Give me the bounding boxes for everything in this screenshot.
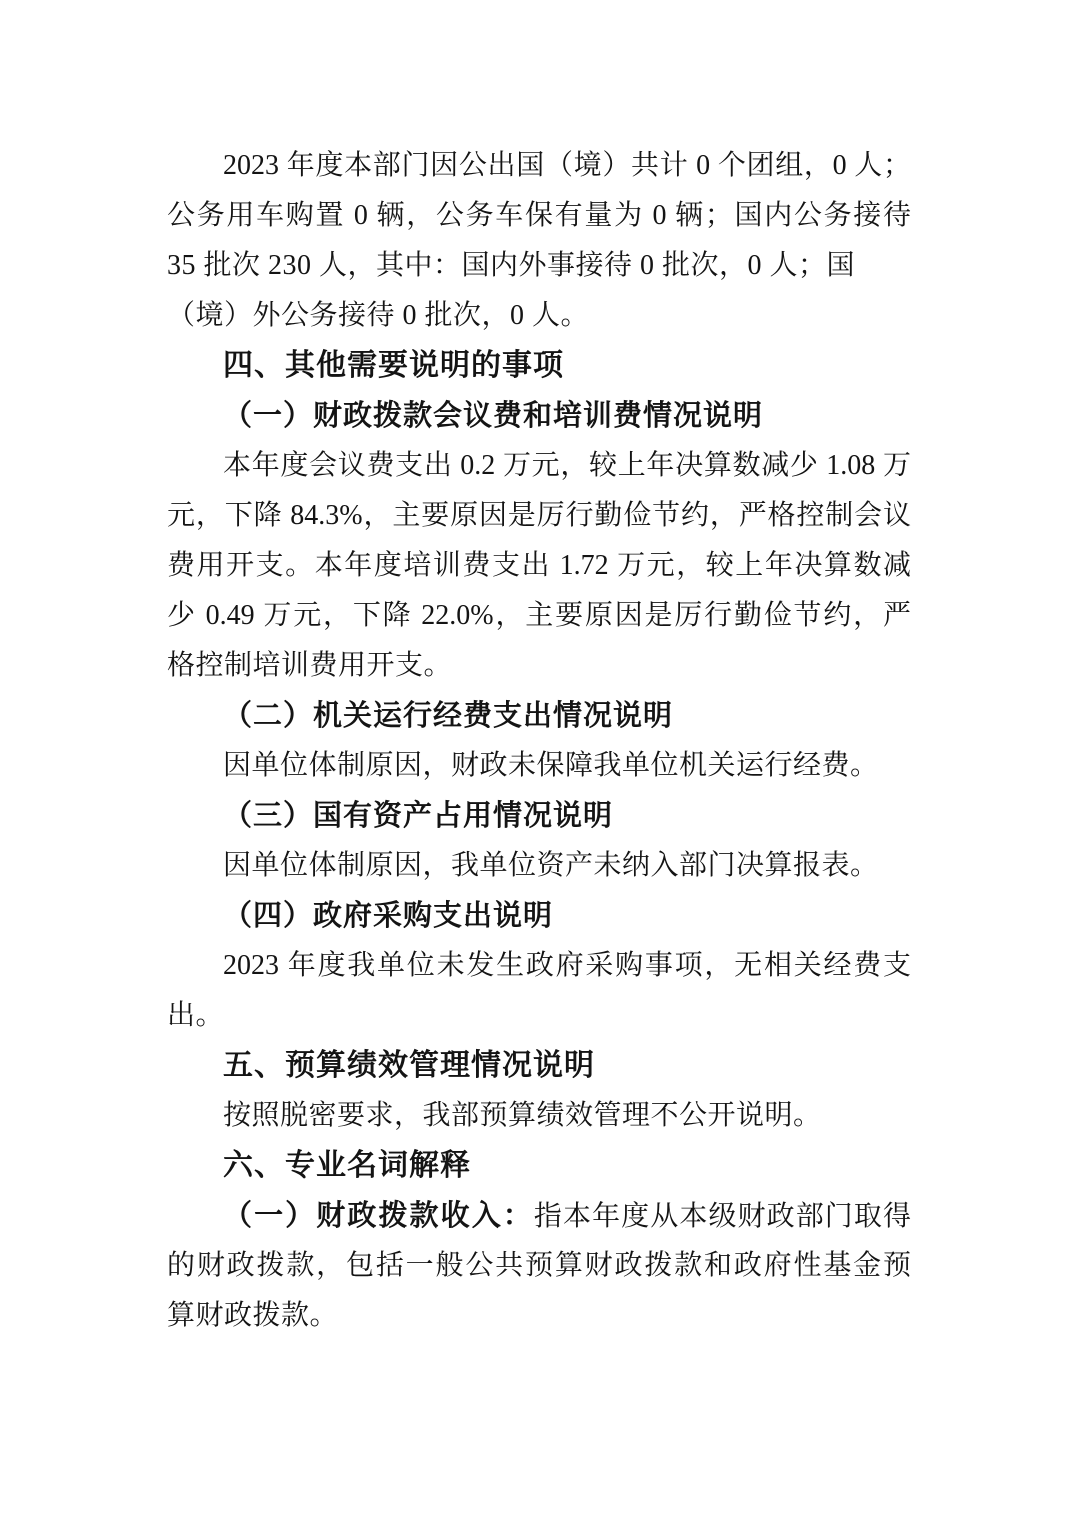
paragraph-line: 元，下降 84.3%，主要原因是厉行勤俭节约，严格控制会议 bbox=[167, 491, 911, 541]
section-heading-other-items: 四、其他需要说明的事项 bbox=[167, 341, 911, 391]
paragraph-line: （境）外公务接待 0 批次，0 人。 bbox=[167, 291, 911, 341]
paragraph-line: 按照脱密要求，我部预算绩效管理不公开说明。 bbox=[167, 1091, 911, 1141]
subsection-heading-operating-expenses: （二）机关运行经费支出情况说明 bbox=[167, 691, 911, 741]
term-definition: 指本年度从本级财政部门取得 bbox=[534, 1201, 911, 1232]
paragraph-line: 35 批次 230 人，其中：国内外事接待 0 批次，0 人；国 bbox=[167, 241, 911, 291]
subsection-heading-state-assets: （三）国有资产占用情况说明 bbox=[167, 791, 911, 841]
section-heading-terminology: 六、专业名词解释 bbox=[167, 1141, 911, 1191]
paragraph-line: 少 0.49 万元，下降 22.0%，主要原因是厉行勤俭节约，严 bbox=[167, 591, 911, 641]
paragraph-line: 出。 bbox=[167, 991, 911, 1041]
term-label: （一）财政拨款收入： bbox=[223, 1200, 534, 1232]
paragraph-line: 格控制培训费用开支。 bbox=[167, 641, 911, 691]
paragraph-line: 公务用车购置 0 辆，公务车保有量为 0 辆；国内公务接待 bbox=[167, 191, 911, 241]
paragraph-line: 费用开支。本年度培训费支出 1.72 万元，较上年决算数减 bbox=[167, 541, 911, 591]
section-heading-budget-performance: 五、预算绩效管理情况说明 bbox=[167, 1041, 911, 1091]
paragraph-line: 2023 年度我单位未发生政府采购事项，无相关经费支 bbox=[167, 941, 911, 991]
document-body: 2023 年度本部门因公出国（境）共计 0 个团组，0 人； 公务用车购置 0 … bbox=[167, 141, 911, 1341]
document-page: 2023 年度本部门因公出国（境）共计 0 个团组，0 人； 公务用车购置 0 … bbox=[0, 0, 1075, 1521]
paragraph-line: 2023 年度本部门因公出国（境）共计 0 个团组，0 人； bbox=[167, 141, 911, 191]
subsection-heading-meeting-training-fees: （一）财政拨款会议费和培训费情况说明 bbox=[167, 391, 911, 441]
paragraph-line: 因单位体制原因，财政未保障我单位机关运行经费。 bbox=[167, 741, 911, 791]
paragraph-line: 本年度会议费支出 0.2 万元，较上年决算数减少 1.08 万 bbox=[167, 441, 911, 491]
paragraph-line: 算财政拨款。 bbox=[167, 1291, 911, 1341]
subsection-heading-government-procurement: （四）政府采购支出说明 bbox=[167, 891, 911, 941]
paragraph-line: 因单位体制原因，我单位资产未纳入部门决算报表。 bbox=[167, 841, 911, 891]
paragraph-line: 的财政拨款，包括一般公共预算财政拨款和政府性基金预 bbox=[167, 1241, 911, 1291]
paragraph-line: （一）财政拨款收入：指本年度从本级财政部门取得 bbox=[167, 1191, 911, 1241]
